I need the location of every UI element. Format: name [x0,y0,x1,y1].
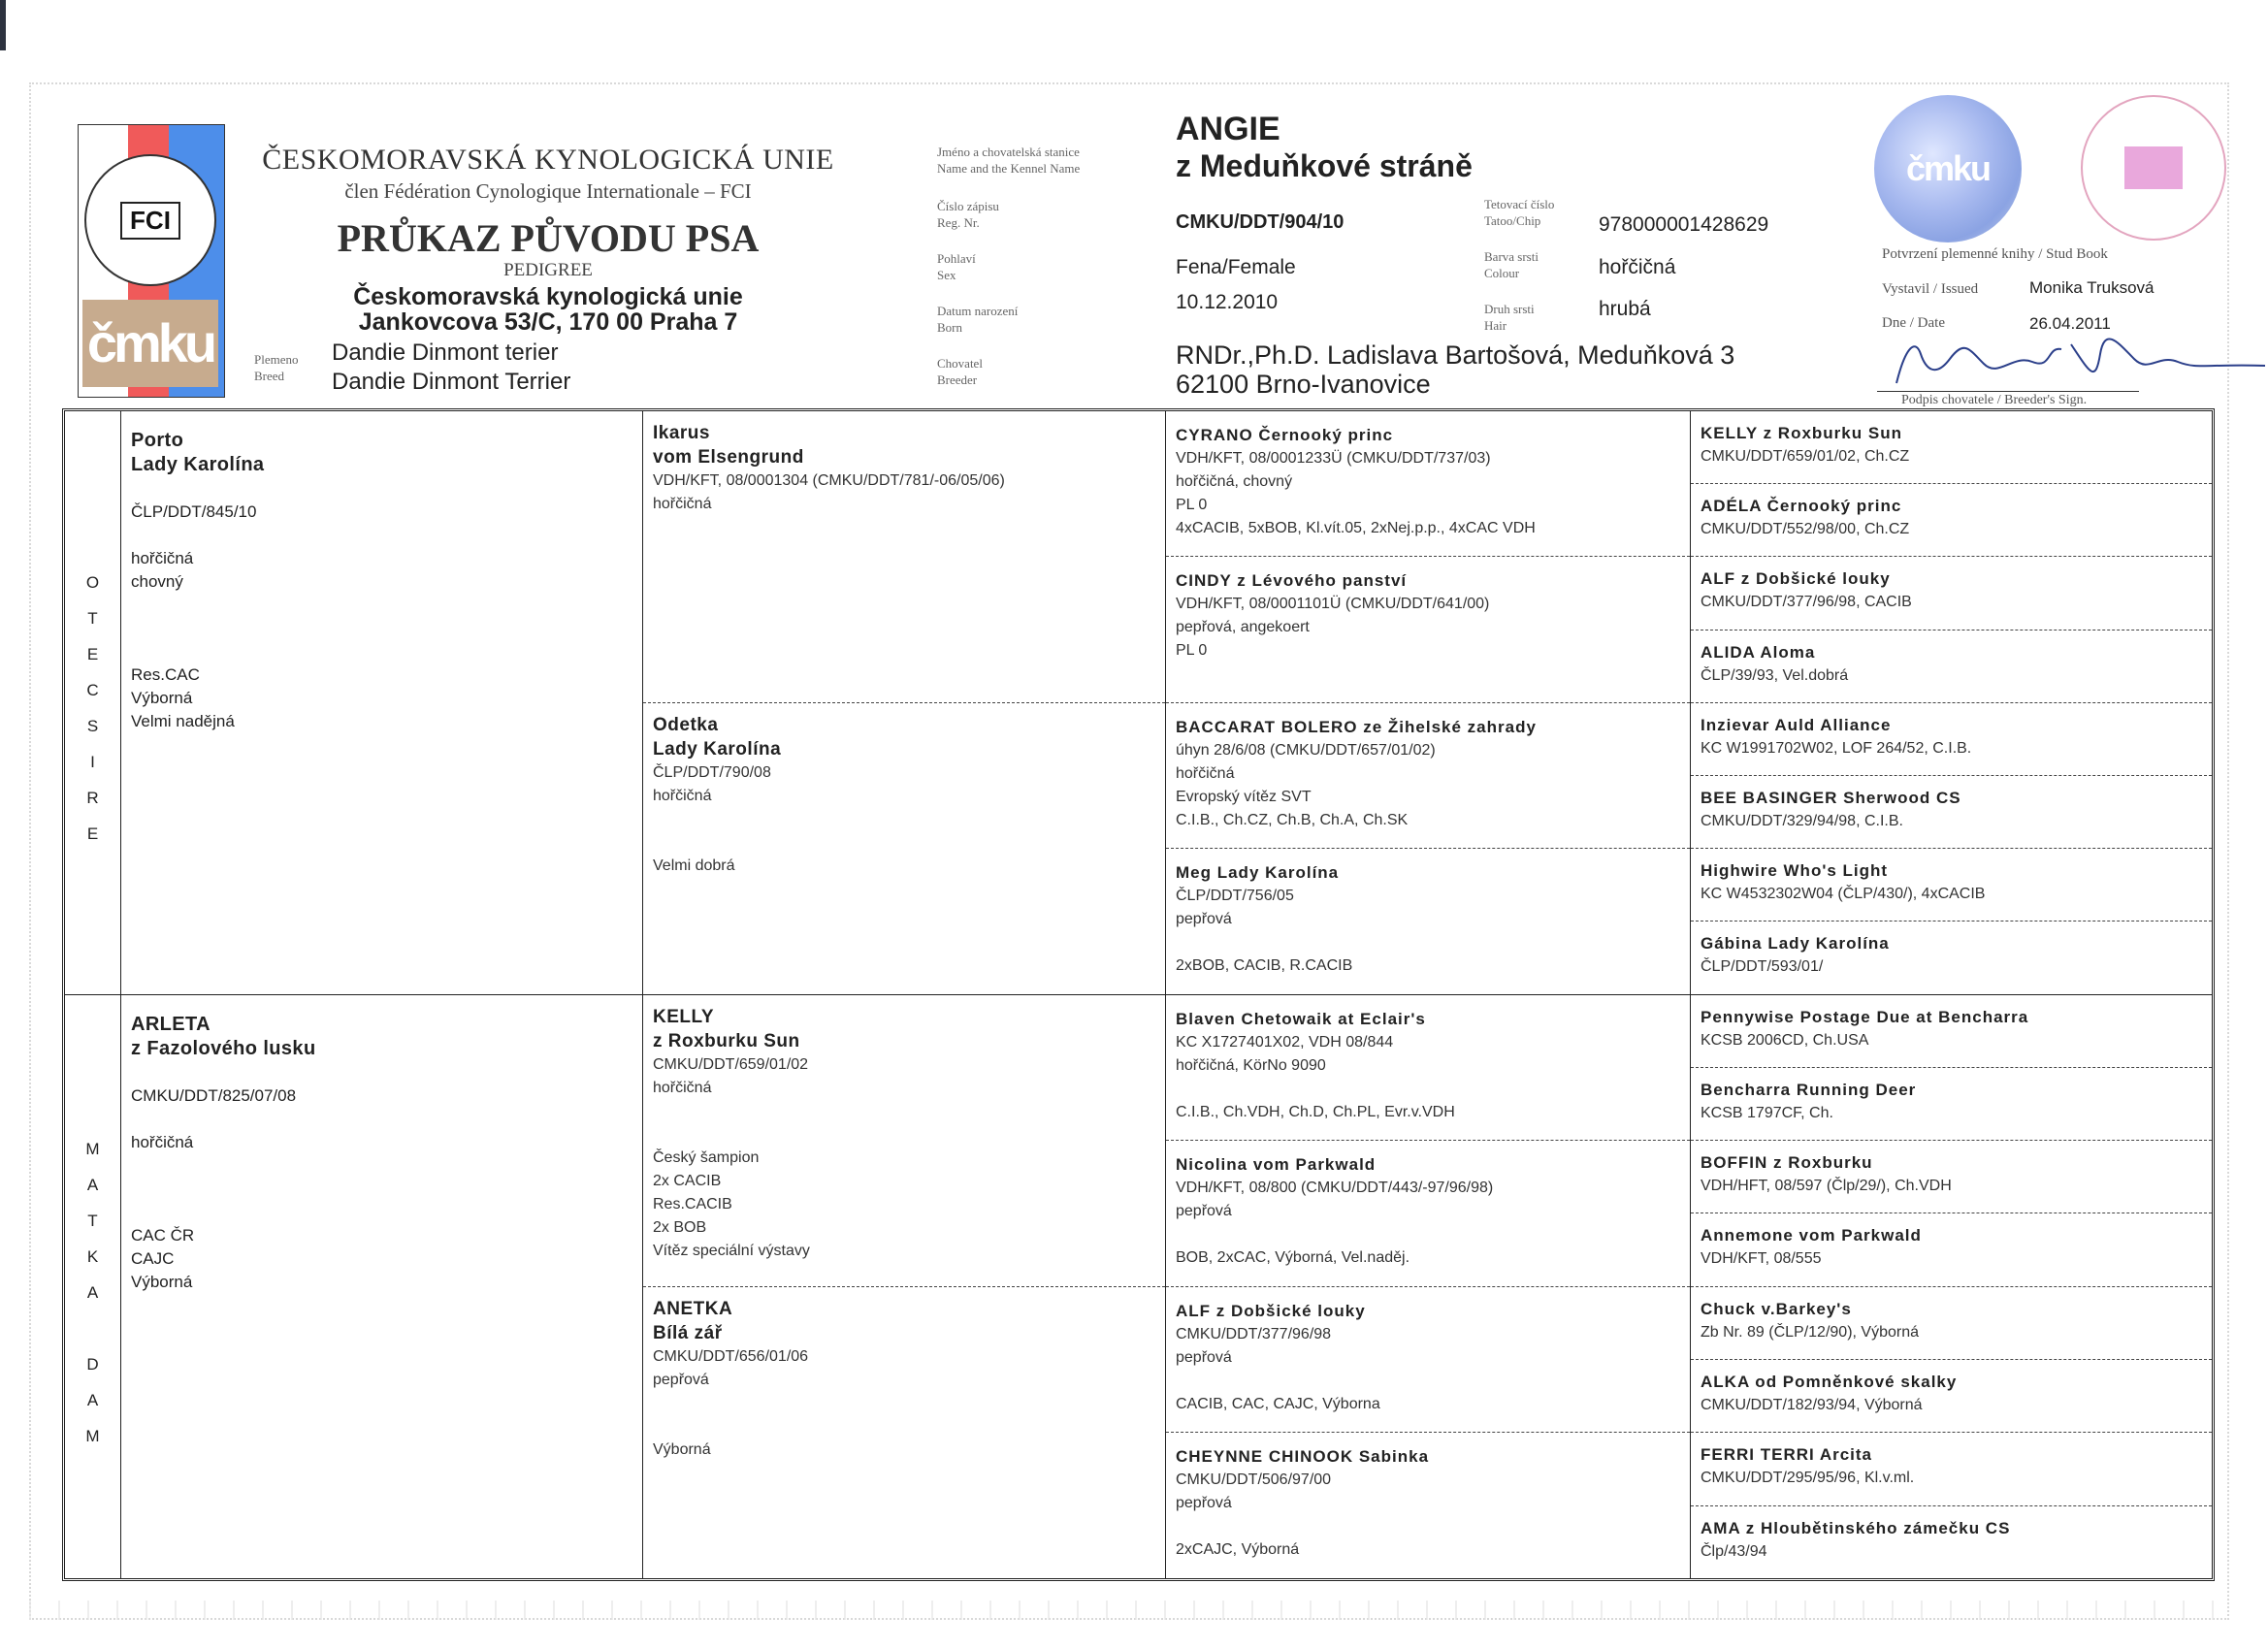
gen4-dam: Pennywise Postage Due at BencharraKCSB 2… [1691,995,2212,1579]
breeder-value-line1: RNDr.,Ph.D. Ladislava Bartošová, Meduňko… [1176,340,1734,371]
fci-cmku-logo: FCI čmku [78,124,225,398]
pedigree-table: OTECSIRE Porto Lady Karolína ČLP/DDT/845… [62,408,2215,1581]
dam-cell: ARLETA z Fazolového lusku CMKU/DDT/825/0… [121,995,643,1579]
issued-value: Monika Truksová [2029,278,2155,298]
gen2-dam: KELLYz Roxburku Sun CMKU/DDT/659/01/02ho… [643,995,1166,1579]
stud-book-stamp-icon [2081,95,2226,241]
reg-number: CMKU/DDT/904/10 [1176,211,1344,234]
organization-name: ČESKOMORAVSKÁ KYNOLOGICKÁ UNIE [243,144,854,177]
ornamental-border-bottom [29,1600,2229,1620]
born-label: Datum narozeníBorn [937,303,1018,336]
breeder-signature [1877,335,2265,388]
ancestor-cell: BACCARAT BOLERO ze Žihelské zahrady úhyn… [1166,703,1690,849]
signature-label: Podpis chovatele / Breeder's Sign. [1901,393,2087,408]
ancestor-cell: Meg Lady Karolína ČLP/DDT/756/05pepřová2… [1166,849,1690,993]
issued-label: Vystavil / Issued [1882,281,1978,298]
chip-label: Tetovací čísloTatoo/Chip [1484,196,1554,229]
ancestor-cell: BEE BASINGER Sherwood CSCMKU/DDT/329/94/… [1691,776,2212,849]
hair-label: Druh srstiHair [1484,301,1535,334]
ancestor-cell: Nicolina vom Parkwald VDH/KFT, 08/800 (C… [1166,1141,1690,1287]
signature-line [1877,391,2139,392]
ancestor-cell: ALF z Dobšické louky CMKU/DDT/377/96/98p… [1166,1287,1690,1434]
ancestor-cell: Highwire Who's LightKC W4532302W04 (ČLP/… [1691,849,2212,921]
document-title: PRŮKAZ PŮVODU PSA [243,215,854,261]
ancestor-cell: BOFFIN z RoxburkuVDH/HFT, 08/597 (Člp/29… [1691,1141,2212,1213]
dog-name: ANGIE [1176,110,1280,148]
breed-value-cz: Dandie Dinmont terier [332,339,558,367]
gen4-sire: KELLY z Roxburku SunCMKU/DDT/659/01/02, … [1691,411,2212,995]
hologram-seal-icon: čmku [1874,95,2022,242]
stud-book-label: Potvrzení plemenné knihy / Stud Book [1882,246,2108,263]
ancestor-cell: ADÉLA Černooký princCMKU/DDT/552/98/00, … [1691,484,2212,557]
gen3-dam: Blaven Chetowaik at Eclair's KC X1727401… [1166,995,1691,1579]
issuer-address: Jankovcova 53/C, 170 00 Praha 7 [243,308,854,337]
scan-edge-mark [0,0,6,50]
chip-value: 978000001428629 [1599,213,1768,237]
cmku-logo-icon: čmku [82,300,218,387]
breeder-value-line2: 62100 Brno-Ivanovice [1176,370,1431,400]
reg-label: Číslo zápisuReg. Nr. [937,198,999,231]
sex-label: PohlavíSex [937,250,976,283]
gen2-sire: Ikarusvom Elsengrund VDH/KFT, 08/0001304… [643,411,1166,995]
gen3-sire: CYRANO Černooký princ VDH/KFT, 08/000123… [1166,411,1691,995]
ancestor-cell: Chuck v.Barkey'sZb Nr. 89 (ČLP/12/90), V… [1691,1287,2212,1360]
ancestor-cell: ALIDA AlomaČLP/39/93, Vel.dobrá [1691,630,2212,703]
fci-membership: člen Fédération Cynologique Internationa… [243,179,854,204]
ancestor-cell: Blaven Chetowaik at Eclair's KC X1727401… [1166,995,1690,1142]
ancestor-cell: FERRI TERRI ArcitaCMKU/DDT/295/95/96, Kl… [1691,1433,2212,1505]
breed-value-en: Dandie Dinmont Terrier [332,369,570,396]
date-value: 26.04.2011 [2029,314,2111,334]
sire-side-label: OTECSIRE [65,411,121,995]
ancestor-cell: ANETKABílá zář CMKU/DDT/656/01/06pepřová… [643,1287,1165,1578]
ancestor-cell: Bencharra Running DeerKCSB 1797CF, Ch. [1691,1068,2212,1141]
sire-cell: Porto Lady Karolína ČLP/DDT/845/10 hořči… [121,411,643,995]
breeder-label: ChovatelBreeder [937,355,983,388]
colour-value: hořčičná [1599,256,1675,279]
ancestor-cell: Annemone vom ParkwaldVDH/KFT, 08/555 [1691,1213,2212,1286]
sex-value: Fena/Female [1176,256,1296,279]
ancestor-cell: ALKA od Pomněnkové skalkyCMKU/DDT/182/93… [1691,1360,2212,1433]
ancestor-cell: OdetkaLady Karolína ČLP/DDT/790/08hořčič… [643,703,1165,994]
name-label: Jméno a chovatelská staniceName and the … [937,144,1080,177]
ancestor-cell: Ikarusvom Elsengrund VDH/KFT, 08/0001304… [643,411,1165,703]
ancestor-cell: Inzievar Auld AllianceKC W1991702W02, LO… [1691,703,2212,776]
dam-side-label: MATKADAM [65,995,121,1579]
ancestor-cell: Pennywise Postage Due at BencharraKCSB 2… [1691,995,2212,1068]
ancestor-cell: CINDY z Lévového panství VDH/KFT, 08/000… [1166,557,1690,702]
hair-value: hrubá [1599,298,1651,321]
colour-label: Barva srstiColour [1484,248,1539,281]
ancestor-cell: CHEYNNE CHINOOK Sabinka CMKU/DDT/506/97/… [1166,1433,1690,1578]
date-label: Dne / Date [1882,315,1945,332]
dog-kennel: z Meduňkové stráně [1176,148,1473,184]
ancestor-cell: CYRANO Černooký princ VDH/KFT, 08/000123… [1166,411,1690,557]
breed-label: PlemenoBreed [254,351,299,384]
ancestor-cell: ALF z Dobšické loukyCMKU/DDT/377/96/98, … [1691,557,2212,630]
ancestor-cell: Gábina Lady KarolínaČLP/DDT/593/01/ [1691,921,2212,993]
ancestor-cell: AMA z Hloubětinského zámečku CSČlp/43/94 [1691,1506,2212,1578]
issuer-name: Českomoravská kynologická unie [243,283,854,311]
document-subtitle: PEDIGREE [243,260,854,281]
ancestor-cell: KELLY z Roxburku SunCMKU/DDT/659/01/02, … [1691,411,2212,484]
ancestor-cell: KELLYz Roxburku Sun CMKU/DDT/659/01/02ho… [643,995,1165,1287]
born-value: 10.12.2010 [1176,291,1278,314]
fci-globe-icon: FCI [84,154,216,286]
